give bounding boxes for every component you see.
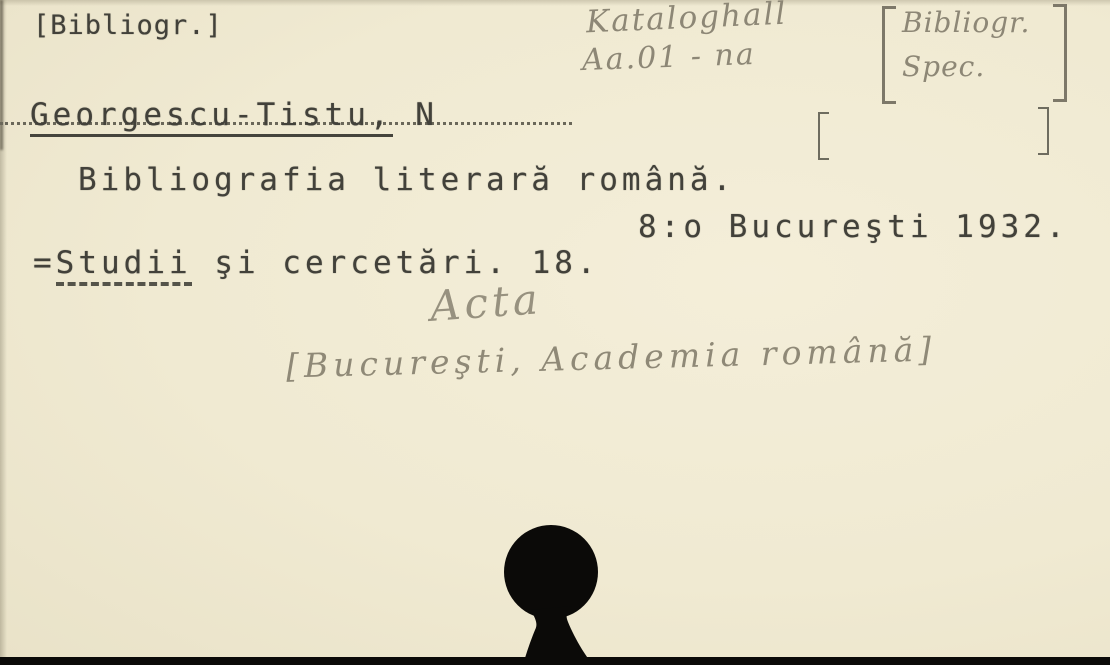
handwritten-acta: Acta xyxy=(428,274,543,331)
class-box-right-bracket xyxy=(1053,4,1067,102)
catalog-card: [Bibliogr.] Kataloghall Aa.01 - na Bibli… xyxy=(0,0,1110,665)
bibliogr-stamp: [Bibliogr.] xyxy=(33,10,223,41)
rod-hole-punch xyxy=(475,518,635,665)
class-box-line1: Bibliogr. xyxy=(902,6,1030,39)
location-note-line2: Aa.01 - na xyxy=(581,37,756,78)
title-line: Bibliografia literară română. xyxy=(78,162,735,198)
series-prefix: = xyxy=(33,245,56,281)
empty-left-bracket xyxy=(818,112,829,160)
author-initial: N xyxy=(393,97,438,133)
location-note-line1: Kataloghall xyxy=(585,0,788,40)
class-box-line2: Spec. xyxy=(902,50,985,83)
author-heading: Georgescu-Tistu, N xyxy=(30,97,438,133)
class-box-left-bracket xyxy=(882,6,896,104)
series-title: Studii xyxy=(56,245,192,286)
author-name: Georgescu-Tistu, xyxy=(30,97,393,137)
empty-right-bracket xyxy=(1038,107,1049,155)
card-left-edge-shadow xyxy=(0,0,3,150)
card-bottom-edge xyxy=(0,657,1110,665)
imprint-line: 8:o Bucureşti 1932. xyxy=(638,209,1069,245)
handwritten-imprint-note: [Bucureşti, Academia română] xyxy=(286,329,937,385)
